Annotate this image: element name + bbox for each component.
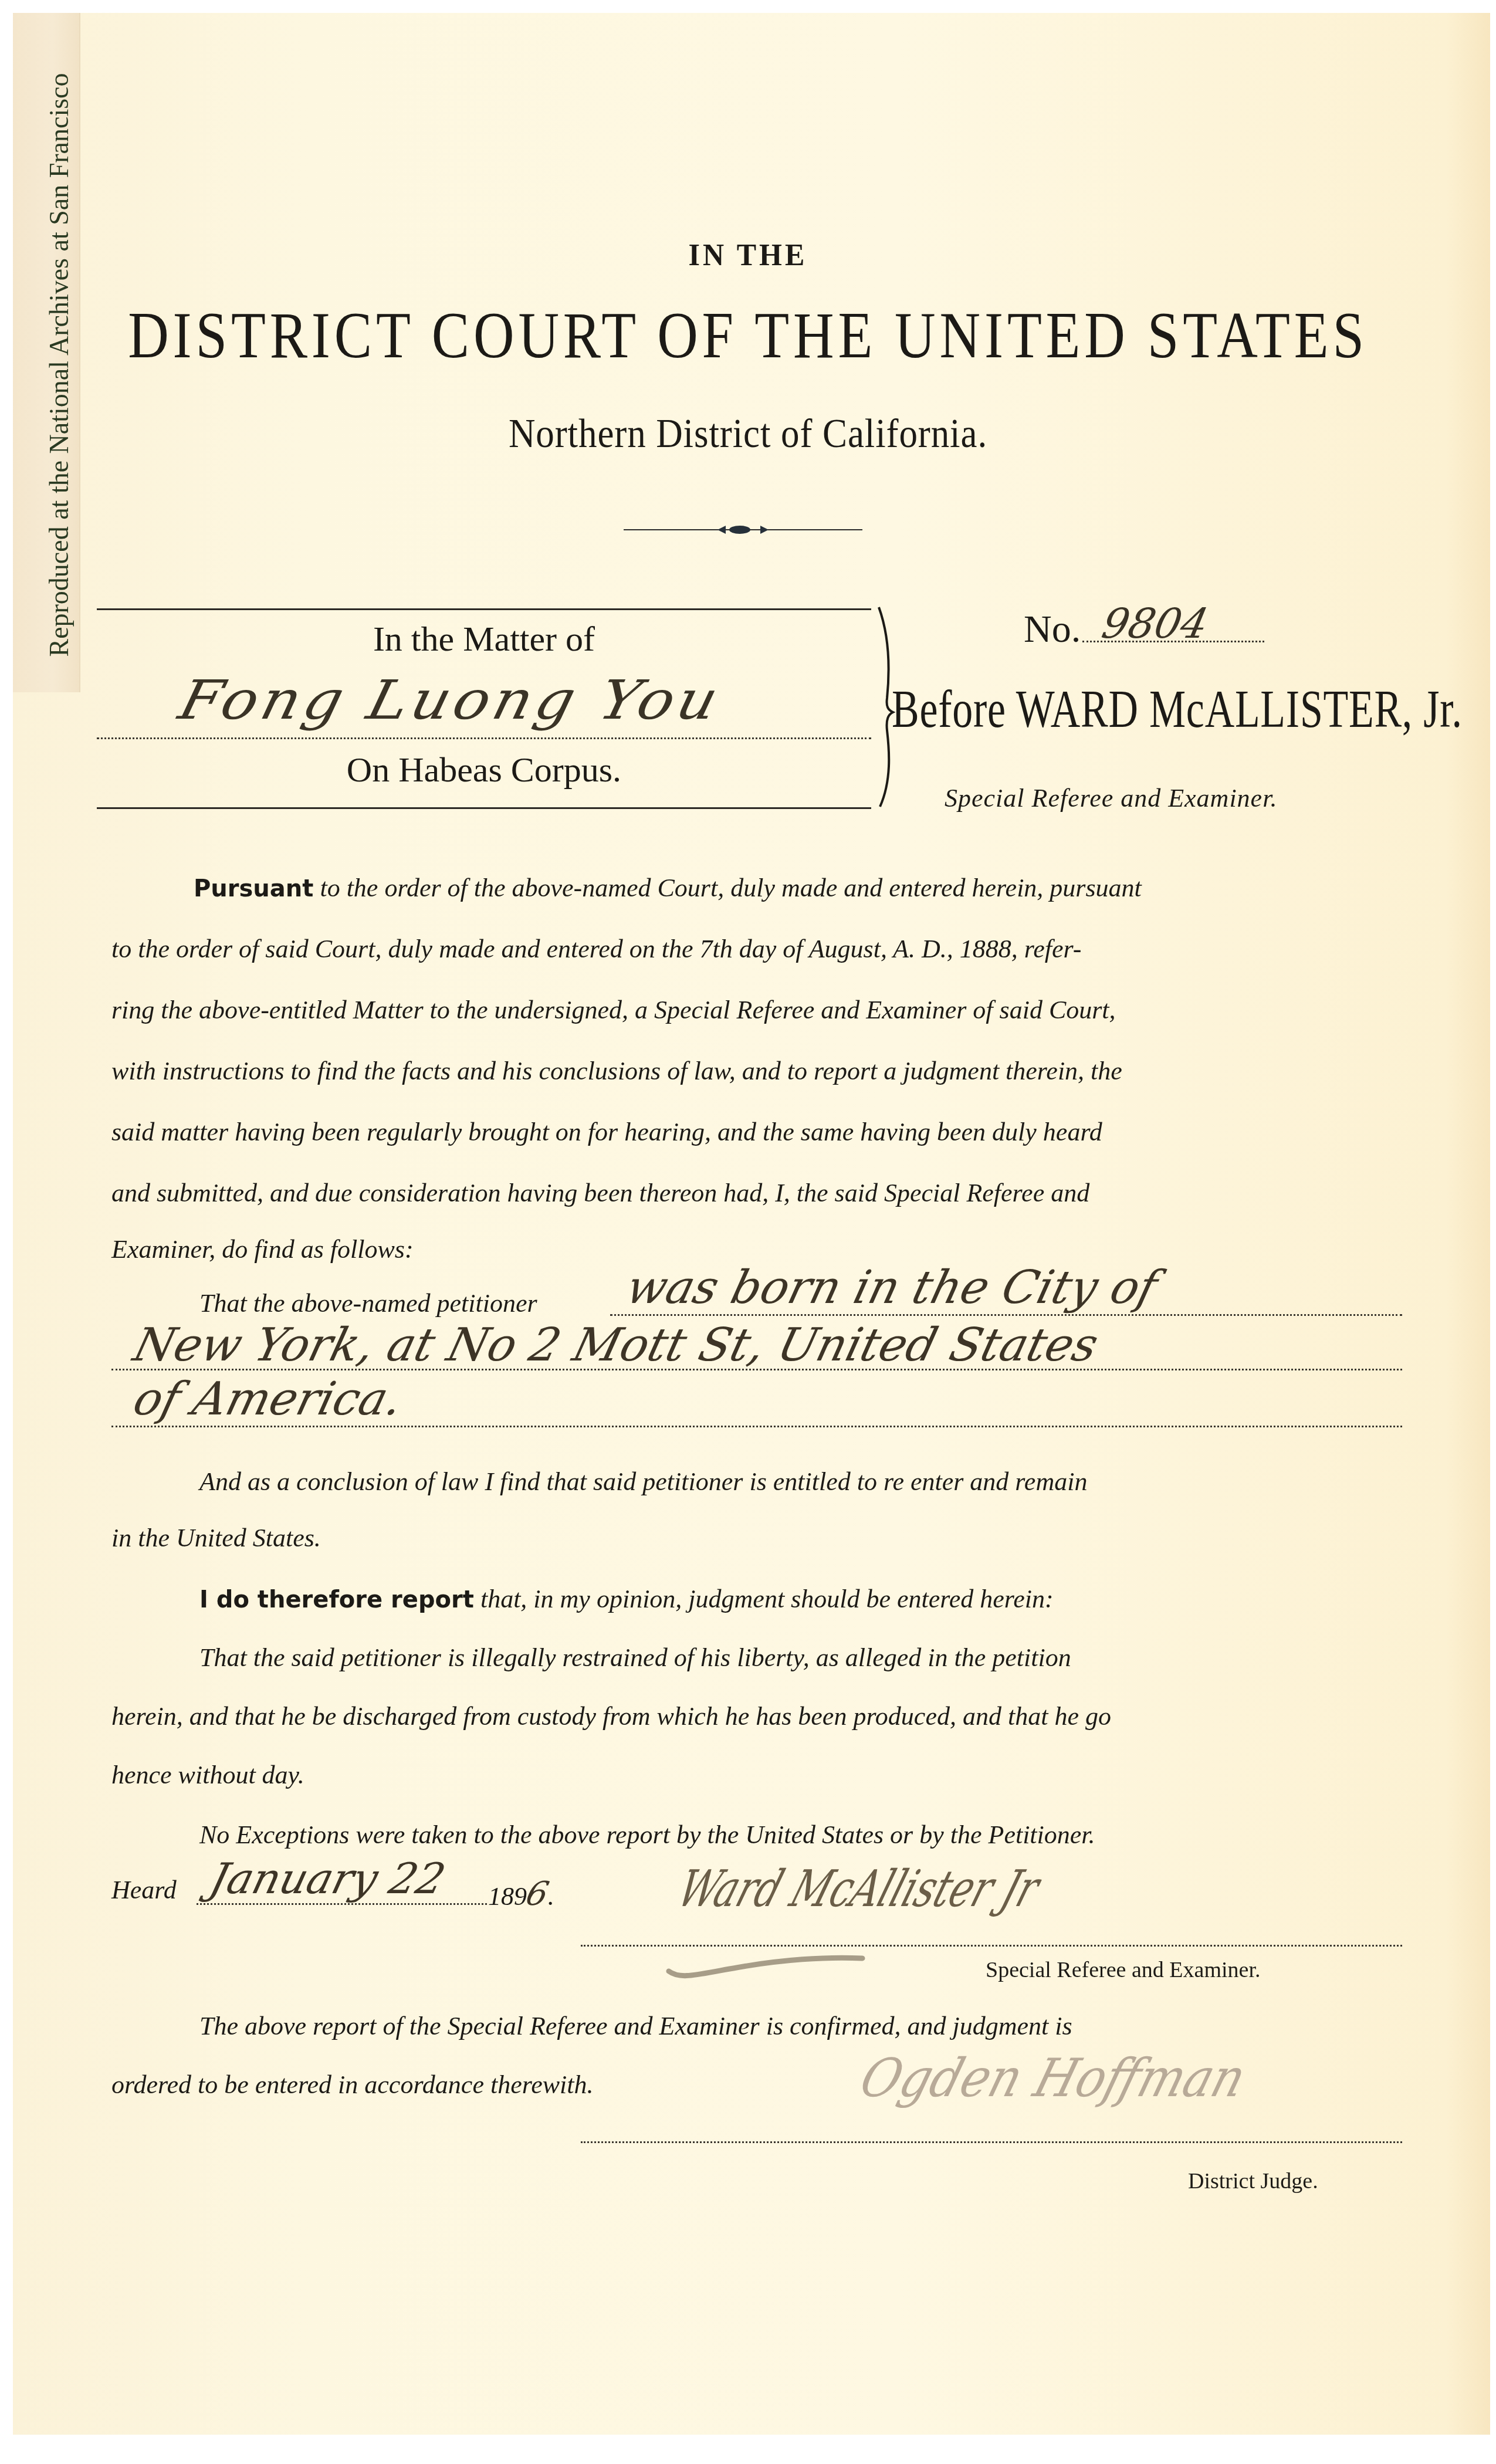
caption-bottom-rule	[97, 807, 871, 809]
referee-title: Special Referee and Examiner.	[945, 783, 1277, 813]
district-subtitle: Northern District of California.	[75, 411, 1421, 458]
restrained-line-1: That the said petitioner is illegally re…	[199, 1643, 1071, 1673]
report-line: I do therefore report that, in my opinio…	[199, 1584, 1054, 1614]
judge-signature: Ogden Hoffman	[854, 2047, 1253, 2109]
heard-date-handwritten: January 22	[205, 1854, 451, 1903]
signature-flourish-icon	[663, 1948, 868, 1983]
referee-signature: Ward McAllister Jr	[671, 1860, 1047, 1918]
matter-label: In the Matter of	[97, 619, 871, 659]
pursuant-lead: Pursuant	[194, 875, 313, 902]
petitioner-name-handwritten: Fong Luong You	[173, 669, 728, 732]
restrained-line-2: herein, and that he be discharged from c…	[111, 1701, 1111, 1731]
case-number-line	[1082, 641, 1264, 642]
conclusion-line-1: And as a conclusion of law I find that s…	[199, 1467, 1087, 1497]
heard-year: 1896.	[488, 1875, 554, 1913]
finding-label: That the above-named petitioner	[199, 1288, 537, 1318]
restrained-line-3: hence without day.	[111, 1760, 304, 1790]
ornament-divider-icon	[624, 526, 862, 534]
caption-top-rule	[97, 608, 871, 610]
confirmation-line-2: ordered to be entered in accordance ther…	[111, 2070, 594, 2100]
heard-date-line	[197, 1903, 487, 1905]
court-title: DISTRICT COURT OF THE UNITED STATES	[105, 298, 1392, 374]
finding-line-3	[111, 1426, 1402, 1427]
header-in-the: IN THE	[0, 237, 1496, 273]
case-number-label: No.	[1024, 607, 1081, 652]
archive-label: Reproduced at the National Archives at S…	[43, 73, 75, 656]
pursuant-line-5: said matter having been regularly brough…	[111, 1117, 1102, 1147]
confirmation-line-1: The above report of the Special Referee …	[199, 2011, 1072, 2041]
heard-label: Heard	[111, 1875, 177, 1905]
finding-handwritten-line-1: was born in the City of	[621, 1261, 1163, 1314]
habeas-corpus-label: On Habeas Corpus.	[97, 750, 871, 790]
before-referee-name: Before WARD McALLISTER, Jr.	[892, 678, 1463, 740]
pursuant-line-6: and submitted, and due consideration hav…	[111, 1178, 1089, 1208]
judge-title: District Judge.	[1188, 2168, 1318, 2194]
pursuant-line-2: to the order of said Court, duly made an…	[111, 934, 1081, 964]
heard-year-printed: 189	[488, 1882, 527, 1911]
finding-handwritten-line-2: New York, at No 2 Mott St, United States	[128, 1319, 1104, 1372]
conclusion-line-2: in the United States.	[111, 1523, 321, 1553]
pursuant-line-7: Examiner, do find as follows:	[111, 1234, 414, 1264]
report-lead: I do therefore report	[199, 1586, 474, 1613]
no-exceptions-line: No Exceptions were taken to the above re…	[199, 1820, 1095, 1850]
referee-signature-line	[581, 1945, 1402, 1947]
finding-line-1	[610, 1314, 1402, 1316]
report-text: that, in my opinion, judgment should be …	[474, 1585, 1054, 1613]
judge-signature-line	[581, 2141, 1402, 2143]
pursuant-line-4: with instructions to find the facts and …	[111, 1056, 1122, 1086]
referee-signature-title: Special Referee and Examiner.	[986, 1957, 1260, 1983]
finding-handwritten-line-3: of America.	[128, 1373, 408, 1426]
pursuant-text: to the order of the above-named Court, d…	[313, 874, 1141, 902]
pursuant-line-1: Pursuant to the order of the above-named…	[194, 873, 1142, 903]
petitioner-name-line	[97, 737, 871, 739]
pursuant-line-3: ring the above-entitled Matter to the un…	[111, 995, 1116, 1025]
finding-line-2	[111, 1369, 1402, 1370]
archive-label-strip: Reproduced at the National Archives at S…	[13, 13, 80, 692]
